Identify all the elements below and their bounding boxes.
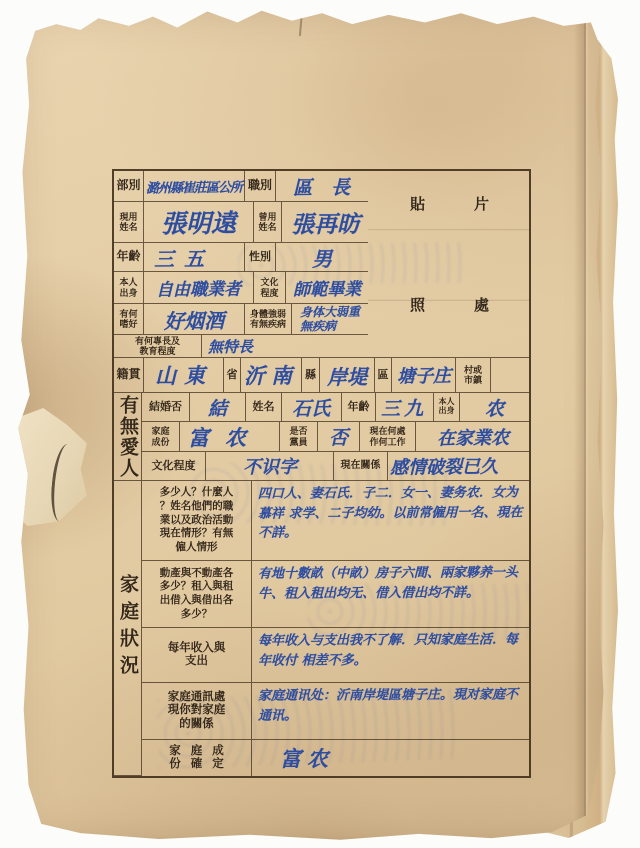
- spouse-origin-label: 本人 出身: [439, 398, 455, 416]
- spouse-origin-value: 农: [485, 393, 504, 420]
- row-family-property: 動產與不動產各 多少？租入與租 出借入與借出各 多少？ 有地十數畝（中畝）房子六…: [142, 561, 529, 628]
- former-name-value: 張再昉: [290, 205, 359, 239]
- current-name-value: 張明遠: [161, 204, 236, 241]
- spouse-culture-label: 文化程度: [152, 460, 196, 473]
- photo-char-bl: 照: [410, 294, 425, 315]
- village-unit: 村或 市鎮: [464, 365, 482, 386]
- culture-label: 文化 程度: [260, 277, 278, 298]
- property-value: 有地十數畝（中畝）房子六間、兩家夥养一头牛、租入租出均无、借入借出均不詳。: [258, 563, 523, 603]
- relation-value: 感情破裂已久: [390, 452, 498, 479]
- specialty-value: 無特長: [208, 335, 253, 356]
- class-final-value: 富农: [280, 743, 334, 774]
- photo-char-br: 處: [474, 294, 489, 315]
- spouse-age-label: 年齡: [348, 401, 370, 414]
- row-family-income: 每年收入與 支出 每年收入与支出我不了解．只知家庭生活．每年收付 相差不多。: [142, 628, 529, 683]
- spouse-section: 有無愛人 結婚否 結 姓名 石氏 年齡 三九 本人 出身 农 家庭 成份 富: [114, 393, 529, 481]
- right-fold-line: [574, 14, 592, 834]
- native-label: 籍貫: [116, 368, 140, 382]
- spouse-class-label: 家庭 成份: [151, 426, 169, 447]
- duty-value: 區 長: [293, 172, 350, 200]
- hobby-value: 好烟酒: [164, 304, 224, 334]
- hobby-label: 有何 嗜好: [119, 309, 137, 330]
- row-origin-culture: 本人 出身 自由職業者 文化 程度 師範畢業: [114, 272, 368, 304]
- spouse-section-title: 有無愛人: [114, 395, 141, 479]
- personal-info-section: 部別 潞州縣崔莊區公所 職別 區 長 現用 姓名 張明遠 曾用 姓名 張再昉 年…: [114, 171, 529, 358]
- family-section: 家庭狀況 多少人？什麼人 ？姓名他們的職 業以及政治活動 現在情形？有無 僱人情…: [114, 481, 529, 776]
- family-section-title: 家庭狀況: [114, 574, 141, 682]
- row-spouse-class-work: 家庭 成份 富农 是否 黨員 否 現在何處 作何工作 在家業农: [142, 422, 529, 452]
- spouse-culture-value: 不识字: [242, 453, 296, 480]
- department-label: 部別: [116, 179, 140, 193]
- specialty-label: 有何專長及 教育程度: [135, 336, 180, 357]
- age-value: 三五: [154, 242, 214, 272]
- contact-label: 家庭通訊處 現你對家庭 的關係: [168, 691, 226, 731]
- duty-label: 職別: [248, 179, 272, 193]
- native-county: 沂南: [244, 360, 298, 391]
- party-value: 否: [329, 423, 348, 450]
- married-label: 結婚否: [149, 401, 182, 414]
- income-label: 每年收入與 支出: [168, 642, 226, 668]
- origin-value: 自由職業者: [156, 275, 241, 301]
- native-village: 塘子庄: [396, 362, 450, 389]
- row-native-place: 籍貫 山東 省 沂南 縣 岸堤 區 塘子庄 村或 市鎮: [114, 358, 529, 393]
- photo-area: 貼 片 照 處: [368, 171, 529, 358]
- row-family-members: 多少人？什麼人 ？姓名他們的職 業以及政治活動 現在情形？有無 僱人情形 四口人…: [142, 481, 529, 561]
- row-family-class-final: 家庭成 份確定 富农: [142, 740, 529, 776]
- relation-label: 現在關係: [341, 460, 381, 472]
- property-label: 動產與不動產各 多少？租入與租 出借入與借出各 多少？: [160, 567, 234, 622]
- row-specialty: 有何專長及 教育程度 無特長: [114, 335, 368, 358]
- current-name-label: 現用 姓名: [119, 212, 137, 233]
- row-family-contact: 家庭通訊處 現你對家庭 的關係 家庭通讯处：沂南岸堤區塘子庄。現对家庭不 通讯。: [142, 683, 529, 740]
- scan-background: 部別 潞州縣崔莊區公所 職別 區 長 現用 姓名 張明遠 曾用 姓名 張再昉 年…: [0, 0, 640, 848]
- health-label: 身體強弱 有無疾病: [250, 309, 286, 330]
- row-name: 現用 姓名 張明遠 曾用 姓名 張再昉: [114, 202, 368, 243]
- members-value: 四口人、妻石氏．子二．女一、妻务农．女为慕祥 求学、二子均幼。以前常僱用一名、現…: [258, 483, 523, 543]
- age-label: 年齡: [116, 250, 140, 264]
- row-spouse-culture-relation: 文化程度 不识字 現在關係 感情破裂已久: [142, 452, 529, 481]
- culture-value: 師範畢業: [293, 275, 361, 301]
- spouse-name-label: 姓名: [253, 401, 275, 414]
- district-unit: 區: [378, 369, 389, 382]
- row-spouse-basic: 結婚否 結 姓名 石氏 年齡 三九 本人 出身 农: [142, 393, 529, 422]
- spouse-class-value: 富农: [188, 421, 262, 452]
- department-value: 潞州縣崔莊區公所: [146, 176, 242, 196]
- married-value: 結: [208, 393, 227, 420]
- sex-label: 性別: [249, 251, 271, 264]
- row-age-sex: 年齡 三五 性別 男: [114, 243, 368, 272]
- native-province: 山東: [154, 360, 212, 391]
- work-label: 現在何處 作何工作: [369, 426, 405, 447]
- work-value: 在家業农: [436, 423, 508, 450]
- spouse-name-value: 石氏: [292, 393, 330, 420]
- registration-form: 部別 潞州縣崔莊區公所 職別 區 長 現用 姓名 張明遠 曾用 姓名 張再昉 年…: [112, 169, 531, 778]
- paper-sheet: 部別 潞州縣崔莊區公所 職別 區 長 現用 姓名 張明遠 曾用 姓名 張再昉 年…: [8, 4, 612, 844]
- class-final-label: 家庭成 份確定: [159, 745, 234, 771]
- former-name-label: 曾用 姓名: [258, 212, 276, 233]
- top-edge-crack: [299, 10, 303, 36]
- row-hobby-health: 有何 嗜好 好烟酒 身體強弱 有無疾病 身体大弱重 無疾病: [114, 304, 368, 335]
- row-department: 部別 潞州縣崔莊區公所 職別 區 長: [114, 171, 368, 202]
- county-unit: 縣: [305, 369, 316, 382]
- party-label: 是否 黨員: [289, 426, 307, 447]
- contact-value: 家庭通讯处：沂南岸堤區塘子庄。現对家庭不 通讯。: [258, 685, 523, 725]
- photo-char-tr: 片: [474, 193, 489, 214]
- sex-value: 男: [312, 242, 332, 271]
- health-value: 身体大弱重 無疾病: [300, 304, 360, 333]
- members-label: 多少人？什麼人 ？姓名他們的職 業以及政治活動 現在情形？有無 僱人情形: [160, 486, 234, 554]
- province-unit: 省: [227, 369, 238, 382]
- spouse-age-value: 三九: [381, 393, 427, 420]
- native-district: 岸堤: [327, 360, 367, 389]
- income-value: 每年收入与支出我不了解．只知家庭生活．每年收付 相差不多。: [258, 630, 523, 670]
- origin-label: 本人 出身: [119, 277, 137, 298]
- photo-char-tl: 貼: [410, 193, 425, 214]
